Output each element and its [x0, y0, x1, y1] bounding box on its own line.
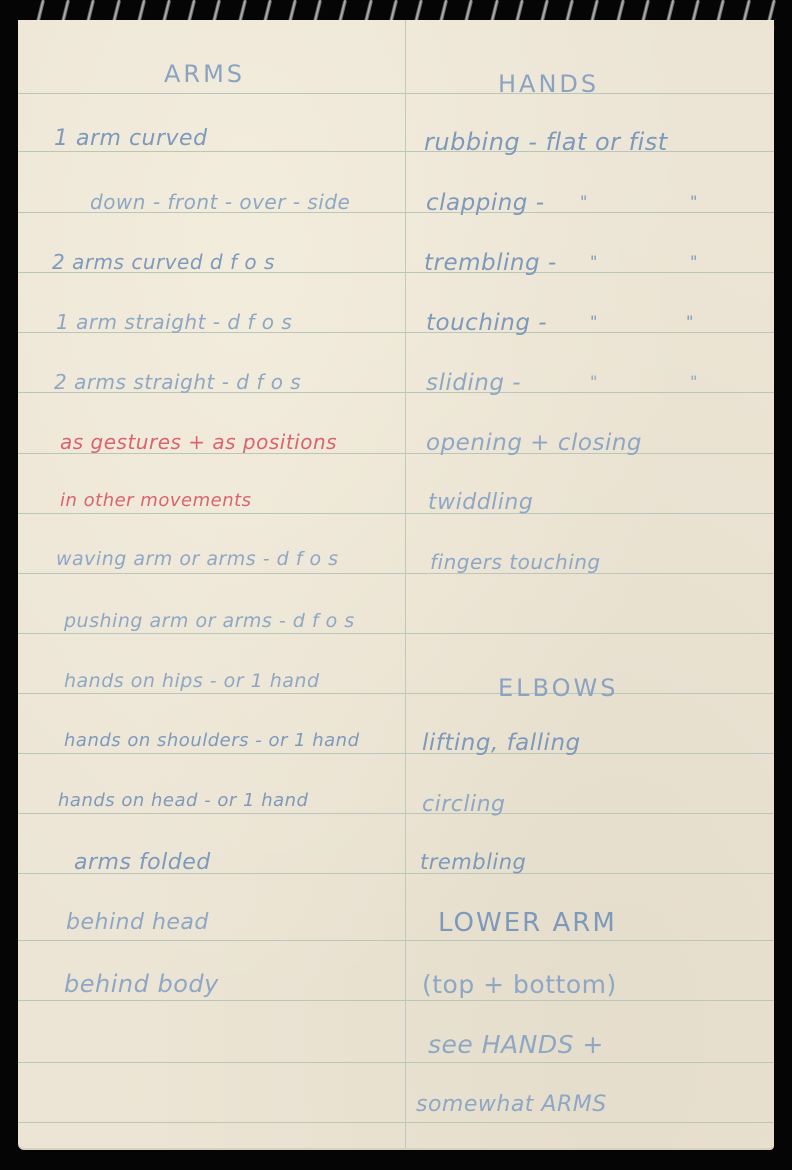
- ditto-mark: ": [590, 254, 598, 270]
- ruled-line: [18, 1000, 774, 1001]
- lower-arm-heading: LOWER ARM: [438, 910, 617, 936]
- ruled-line: [18, 93, 774, 94]
- arms-item: pushing arm or arms - d f o s: [64, 612, 355, 631]
- arms-item: down - front - over - side: [90, 192, 350, 212]
- ruled-line: [18, 633, 774, 634]
- hands-item: rubbing - flat or fist: [424, 130, 668, 154]
- arms-item: waving arm or arms - d f o s: [56, 550, 339, 569]
- elbows-item: circling: [422, 794, 505, 816]
- ditto-mark: ": [590, 314, 598, 330]
- hands-item: trembling -: [424, 252, 557, 275]
- arms-heading: ARMS: [164, 62, 245, 86]
- arms-item: hands on shoulders - or 1 hand: [64, 732, 360, 750]
- arms-item: 1 arm straight - d f o s: [56, 312, 292, 332]
- arms-item: 2 arms straight - d f o s: [54, 372, 301, 392]
- hands-item: twiddling: [428, 492, 533, 514]
- ditto-mark: ": [690, 254, 698, 270]
- ditto-mark: ": [590, 374, 598, 390]
- ruled-line: [18, 573, 774, 574]
- ditto-mark: ": [690, 194, 698, 210]
- hands-item: clapping -: [426, 192, 545, 215]
- column-divider: [405, 20, 406, 1148]
- arms-item: behind body: [64, 972, 219, 996]
- arms-item: behind head: [66, 912, 209, 934]
- ruled-line: [18, 940, 774, 941]
- ditto-mark: ": [686, 314, 694, 330]
- lower-arm-item: see HANDS +: [428, 1032, 604, 1057]
- arms-item: hands on hips - or 1 hand: [64, 672, 320, 691]
- hands-item: opening + closing: [426, 432, 642, 455]
- elbows-heading: ELBOWS: [498, 676, 618, 700]
- arms-item: arms folded: [74, 852, 211, 874]
- ruled-line: [18, 1062, 774, 1063]
- arms-item: 1 arm curved: [54, 128, 208, 150]
- hands-item: fingers touching: [430, 552, 601, 572]
- ruled-line: [18, 693, 774, 694]
- arms-item: 2 arms curved d f o s: [52, 252, 275, 272]
- elbows-item: lifting, falling: [422, 732, 581, 755]
- ditto-mark: ": [690, 374, 698, 390]
- ruled-line: [18, 753, 774, 754]
- arms-note-red: as gestures + as positions: [60, 432, 337, 452]
- ruled-line: [18, 813, 774, 814]
- ruled-line: [18, 1122, 774, 1123]
- lower-arm-item: somewhat ARMS: [416, 1094, 607, 1116]
- lower-arm-item: (top + bottom): [422, 972, 617, 997]
- ruled-line: [18, 513, 774, 514]
- arms-note-red: in other movements: [60, 492, 252, 510]
- hands-heading: HANDS: [498, 72, 599, 96]
- notebook-page: ARMS 1 arm curved down - front - over - …: [18, 20, 774, 1148]
- hands-item: touching -: [426, 312, 547, 335]
- arms-item: hands on head - or 1 hand: [58, 792, 308, 810]
- elbows-item: trembling: [420, 852, 526, 873]
- hands-item: sliding -: [426, 372, 521, 395]
- ditto-mark: ": [580, 194, 588, 210]
